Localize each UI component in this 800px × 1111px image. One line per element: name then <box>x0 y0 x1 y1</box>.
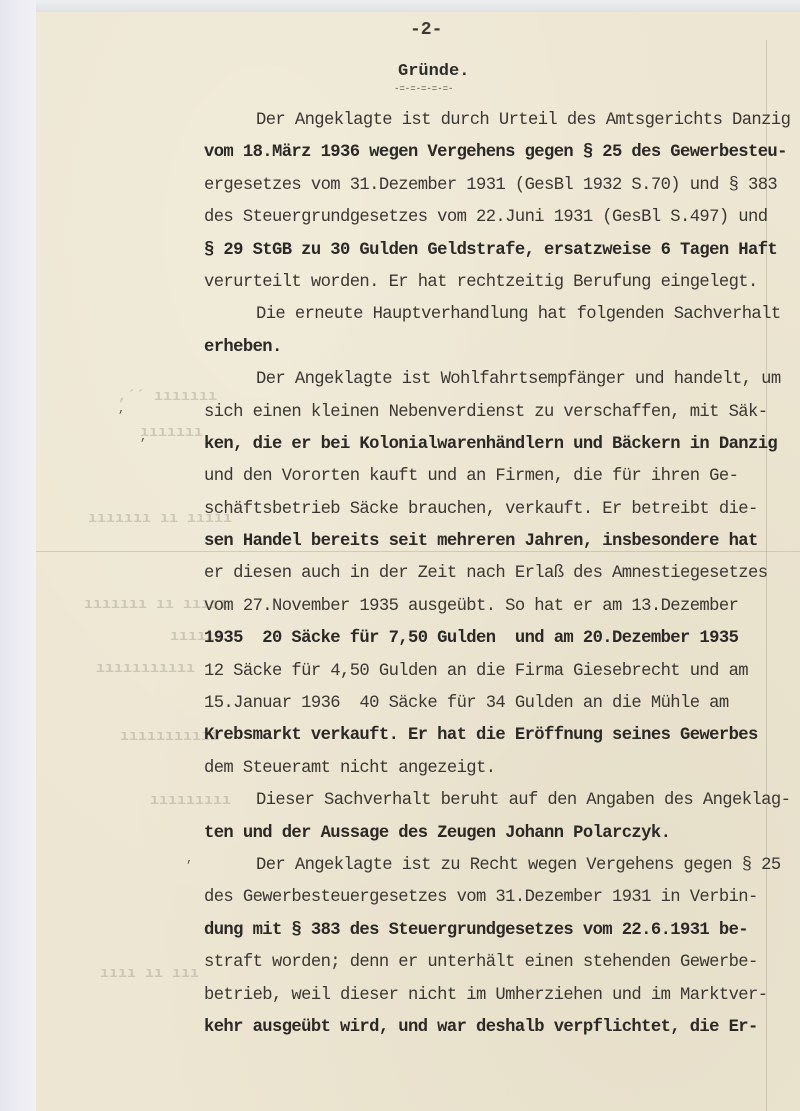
section-heading: Gründe. <box>398 62 469 81</box>
text-line: betrieb, weil dieser nicht im Umherziehe… <box>204 980 784 1012</box>
text-line: sich einen kleinen Nebenverdienst zu ver… <box>204 397 784 429</box>
text-line: Dieser Sachverhalt beruht auf den Angabe… <box>204 785 784 817</box>
text-line: ten und der Aussage des Zeugen Johann Po… <box>204 818 784 850</box>
text-line: des Gewerbesteuergesetzes vom 31.Dezembe… <box>204 882 784 914</box>
text-line: ergesetzes vom 31.Dezember 1931 (GesBl 1… <box>204 170 784 202</box>
text-line: 15.Januar 1936 40 Säcke für 34 Gulden an… <box>204 688 784 720</box>
bleed-through-mark: ,´´ ııııııı <box>118 388 217 405</box>
text-line: des Steuergrundgesetzes vom 22.Juni 1931… <box>204 202 784 234</box>
text-line: vom 27.November 1935 ausgeübt. So hat er… <box>204 591 784 623</box>
text-line: § 29 StGB zu 30 Gulden Geldstrafe, ersat… <box>204 235 784 267</box>
scanner-bed-top <box>0 0 800 12</box>
scanner-bed-left <box>0 0 36 1111</box>
text-line: Krebsmarkt verkauft. Er hat die Eröffnun… <box>204 720 784 752</box>
heading-underline: -=-=-=-=-=- <box>394 84 453 94</box>
text-line: und den Vororten kauft und an Firmen, di… <box>204 461 784 493</box>
text-line: vom 18.März 1936 wegen Vergehens gegen §… <box>204 137 784 169</box>
page-number: -2- <box>410 20 442 40</box>
margin-tick: , <box>118 402 125 416</box>
text-line: schäftsbetrieb Säcke brauchen, verkauft.… <box>204 494 784 526</box>
text-line: 12 Säcke für 4,50 Gulden an die Firma Gi… <box>204 656 784 688</box>
bleed-through-mark: ıııı ıı ııı <box>100 965 199 982</box>
bleed-through-mark: ııııııı <box>140 424 203 441</box>
text-line: Der Angeklagte ist durch Urteil des Amts… <box>204 105 784 137</box>
bleed-through-mark: ııııııııııı <box>96 660 195 677</box>
margin-tick: , <box>140 430 147 444</box>
text-line: Der Angeklagte ist zu Recht wegen Vergeh… <box>204 850 784 882</box>
text-line: ken, die er bei Kolonialwarenhändlern un… <box>204 429 784 461</box>
text-line: erheben. <box>204 332 784 364</box>
margin-tick: , <box>186 852 193 866</box>
text-line: sen Handel bereits seit mehreren Jahren,… <box>204 526 784 558</box>
text-line: 1935 20 Säcke für 7,50 Gulden und am 20.… <box>204 623 784 655</box>
document-body: Der Angeklagte ist durch Urteil des Amts… <box>204 105 784 1044</box>
text-line: dung mit § 383 des Steuergrundgesetzes v… <box>204 915 784 947</box>
text-line: Die erneute Hauptverhandlung hat folgend… <box>204 299 784 331</box>
text-line: Der Angeklagte ist Wohlfahrtsempfänger u… <box>204 364 784 396</box>
text-line: er diesen auch in der Zeit nach Erlaß de… <box>204 558 784 590</box>
text-line: kehr ausgeübt wird, und war deshalb verp… <box>204 1012 784 1044</box>
text-line: dem Steueramt nicht angezeigt. <box>204 753 784 785</box>
text-line: verurteilt worden. Er hat rechtzeitig Be… <box>204 267 784 299</box>
text-line: straft worden; denn er unterhält einen s… <box>204 947 784 979</box>
